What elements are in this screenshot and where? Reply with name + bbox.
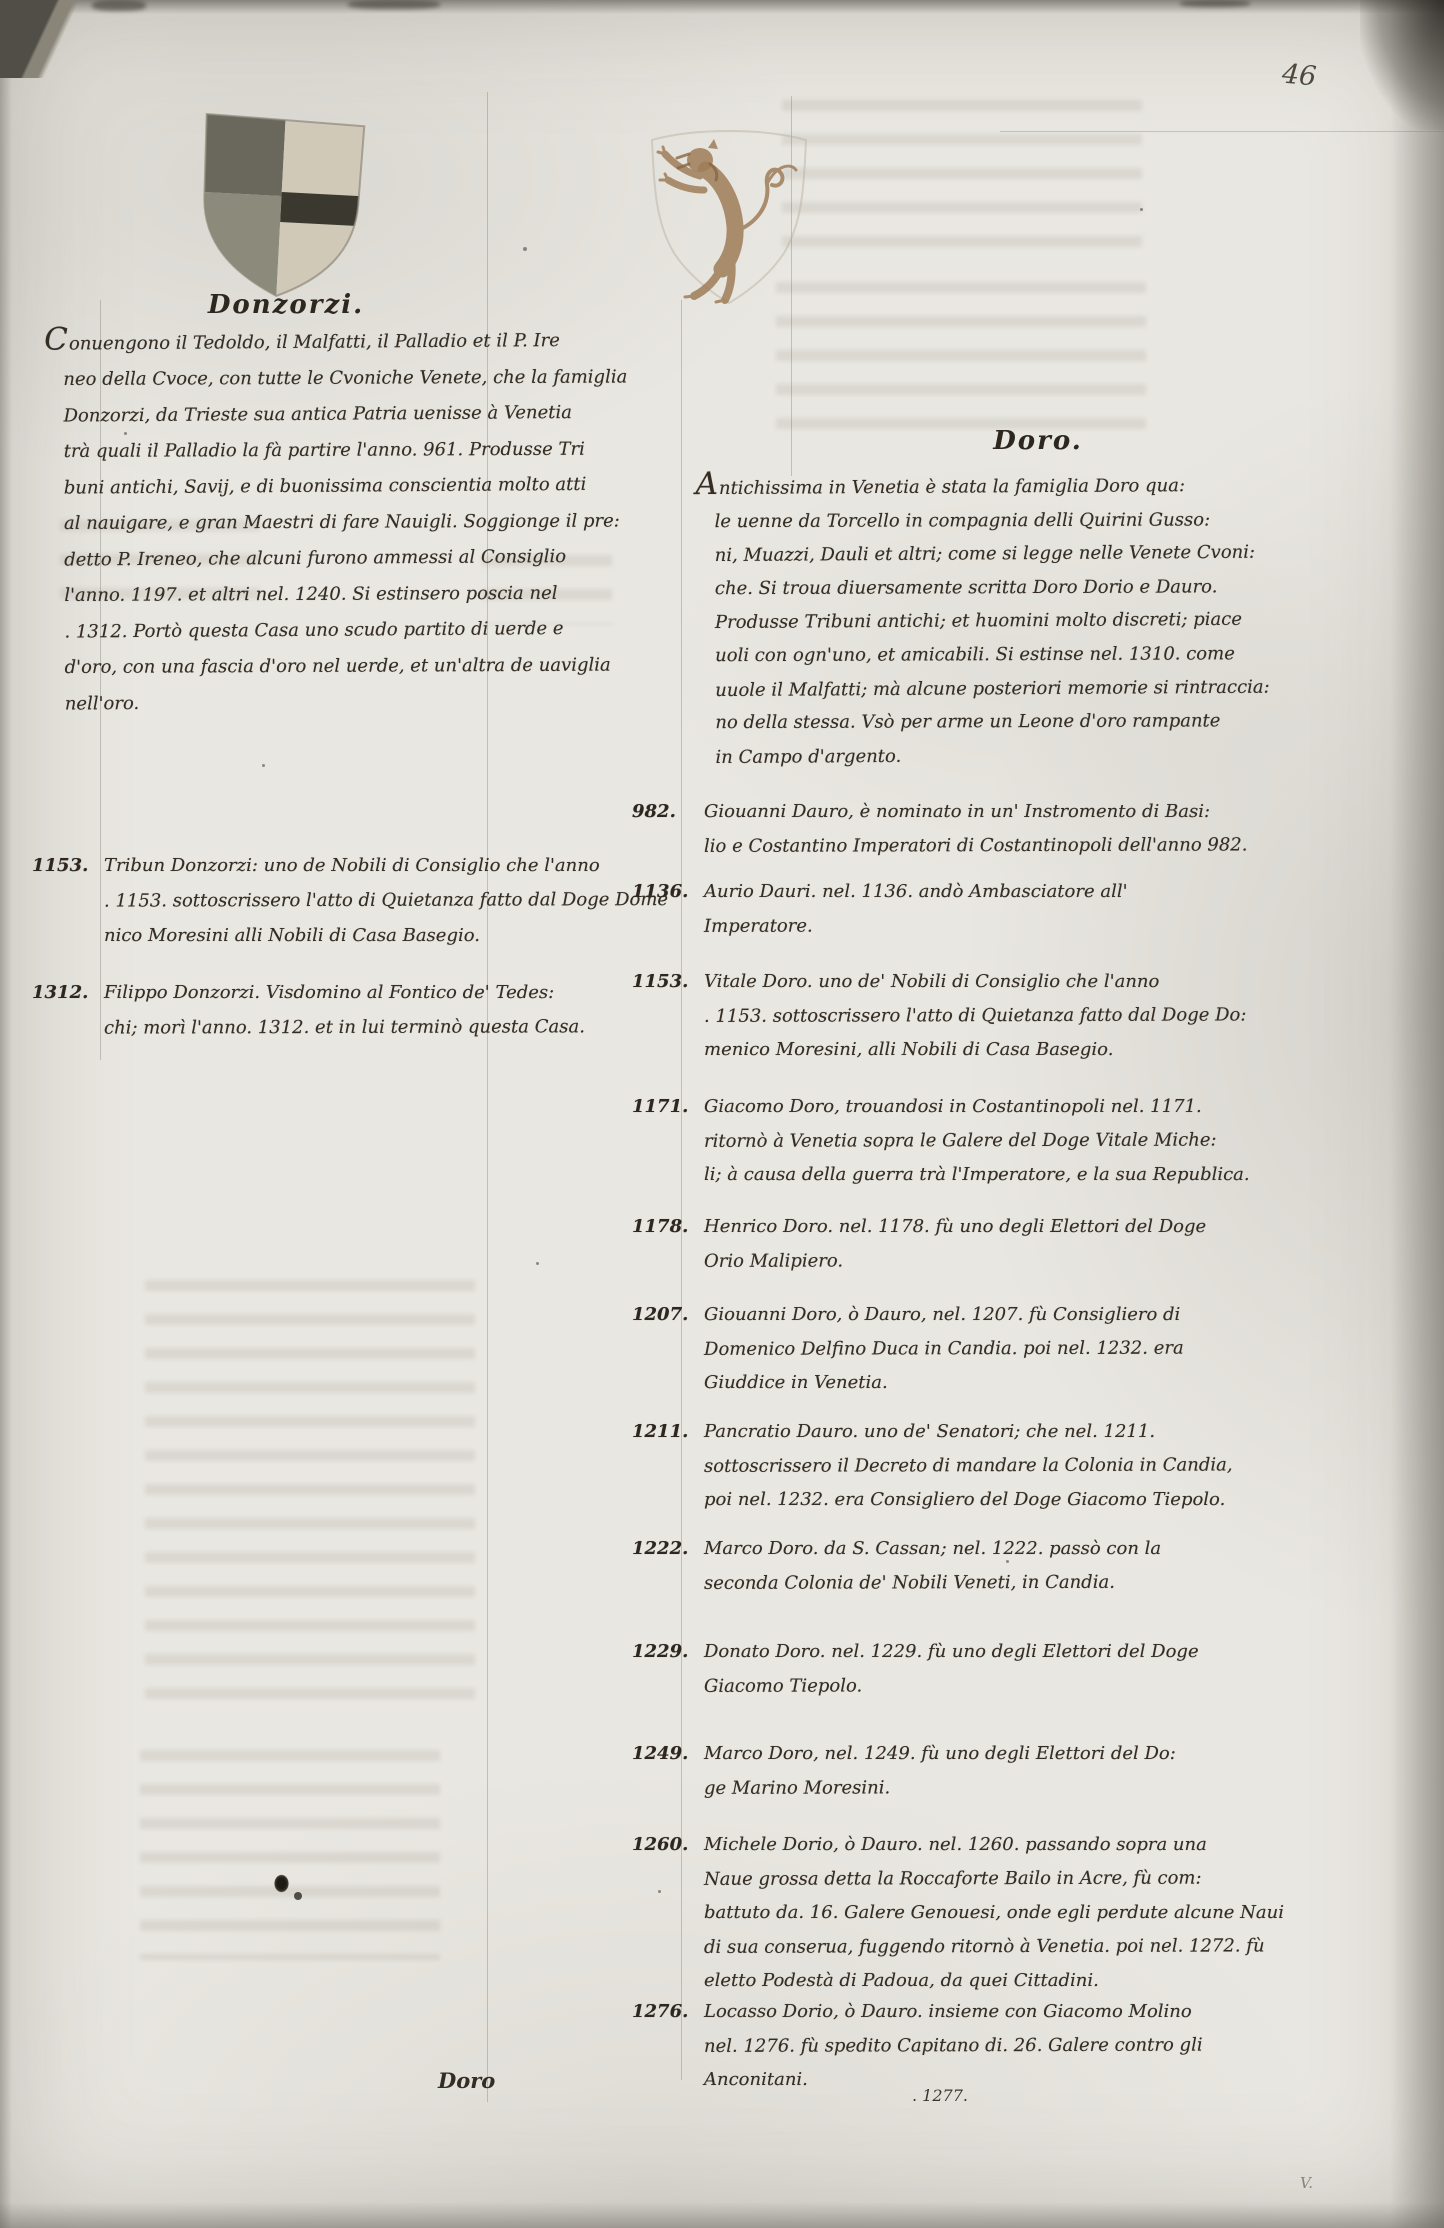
entry-year: 1211. bbox=[632, 1415, 698, 1449]
text-line: Imperatore. bbox=[704, 908, 1374, 944]
ink-bleedthrough bbox=[782, 100, 1142, 260]
corner-mark: V. bbox=[1300, 2174, 1313, 2192]
register-entry-1178: 1178.Henrico Doro. nel. 1178. fù uno deg… bbox=[704, 1210, 1374, 1278]
register-entry-1211: 1211.Pancratio Dauro. uno de' Senatori; … bbox=[704, 1415, 1374, 1517]
text-line: Locasso Dorio, ò Dauro. insieme con Giac… bbox=[704, 1995, 1374, 2029]
ink-bleedthrough bbox=[140, 1750, 440, 1960]
entry-year: 1207. bbox=[632, 1298, 698, 1332]
text-line: sottoscrissero il Decreto di mandare la … bbox=[704, 1448, 1374, 1484]
entry-year: 1136. bbox=[632, 875, 698, 909]
entry-year: 1312. bbox=[32, 975, 98, 1010]
left-column-heading: Donzorzi. bbox=[196, 290, 376, 320]
page-edge-bottom bbox=[0, 2202, 1444, 2228]
page-edge-left bbox=[0, 0, 12, 2228]
text-line: poi nel. 1232. era Consigliero del Doge … bbox=[704, 1483, 1374, 1517]
ink-bleedthrough bbox=[145, 1280, 475, 1700]
text-line: ritornò à Venetia sopra le Galere del Do… bbox=[704, 1123, 1374, 1159]
ink-blot bbox=[294, 1892, 302, 1900]
text-line: l'anno. 1197. et altri nel. 1240. Si est… bbox=[64, 576, 504, 614]
text-line: no della stessa. Vsò per arme un Leone d… bbox=[715, 704, 1375, 740]
text-line: . 1312. Portò questa Casa uno scudo part… bbox=[64, 611, 504, 650]
text-line: Henrico Doro. nel. 1178. fù uno degli El… bbox=[704, 1210, 1374, 1244]
register-entry-1207: 1207.Giouanni Doro, ò Dauro, nel. 1207. … bbox=[704, 1298, 1374, 1400]
entry-year: 1153. bbox=[632, 965, 698, 999]
text-line: di sua conserua, fuggendo ritornò à Vene… bbox=[704, 1929, 1374, 1965]
register-entry-1312: 1312.Filippo Donzorzi. Visdomino al Font… bbox=[104, 975, 534, 1045]
text-line: ge Marino Moresini. bbox=[704, 1770, 1374, 1806]
left-column-intro: Conuengono il Tedoldo, il Malfatti, il P… bbox=[63, 319, 505, 722]
edge-smudge bbox=[92, 0, 146, 11]
edge-smudge bbox=[1180, 0, 1250, 7]
text-line: uuole il Malfatti; mà alcune posteriori … bbox=[715, 670, 1375, 708]
manuscript-page: 46 bbox=[0, 0, 1444, 2228]
edge-smudge bbox=[348, 0, 440, 9]
text-line: menico Moresini, alli Nobili di Casa Bas… bbox=[704, 1033, 1374, 1067]
text-line: Filippo Donzorzi. Visdomino al Fontico d… bbox=[104, 975, 534, 1010]
register-entry-1229: 1229.Donato Doro. nel. 1229. fù uno degl… bbox=[704, 1635, 1374, 1703]
fold-crease bbox=[681, 300, 682, 2080]
doro-rampant-lion-icon bbox=[628, 128, 828, 313]
text-line: detto P. Ireneo, che alcuni furono ammes… bbox=[64, 539, 504, 578]
text-line: . 1153. sottoscrissero l'atto di Quietan… bbox=[104, 882, 534, 918]
text-line: Marco Doro. da S. Cassan; nel. 1222. pas… bbox=[704, 1532, 1374, 1566]
text-line: Giouanni Doro, ò Dauro, nel. 1207. fù Co… bbox=[704, 1298, 1374, 1332]
register-entry-1222: 1222.Marco Doro. da S. Cassan; nel. 1222… bbox=[704, 1532, 1374, 1600]
text-line: Antichissima in Venetia è stata la famig… bbox=[714, 464, 1374, 506]
donzorzi-shield-coat-of-arms-icon bbox=[187, 105, 375, 306]
text-line: li; à causa della guerra trà l'Imperator… bbox=[704, 1158, 1374, 1192]
text-line: Anconitani. bbox=[704, 2063, 1374, 2097]
entry-year: 1276. bbox=[632, 1995, 698, 2029]
register-entry-1276: 1276.Locasso Dorio, ò Dauro. insieme con… bbox=[704, 1995, 1374, 2097]
text-line: Donato Doro. nel. 1229. fù uno degli Ele… bbox=[704, 1635, 1374, 1669]
text-line: uoli con ogn'uno, et amicabili. Si estin… bbox=[715, 637, 1375, 673]
ink-bleedthrough bbox=[776, 282, 1146, 432]
register-entry-1171: 1171.Giacomo Doro, trouandosi in Costant… bbox=[704, 1090, 1374, 1192]
register-entry-982: 982.Giouanni Dauro, è nominato in un' In… bbox=[704, 795, 1374, 863]
right-column-intro: Antichissima in Venetia è stata la famig… bbox=[714, 465, 1375, 774]
text-line: Conuengono il Tedoldo, il Malfatti, il P… bbox=[63, 318, 503, 362]
continuation-year: . 1277. bbox=[912, 2086, 968, 2105]
register-entry-1136: 1136.Aurio Dauri. nel. 1136. andò Ambasc… bbox=[704, 875, 1374, 943]
text-line: eletto Podestà di Padoua, da quei Cittad… bbox=[704, 1964, 1374, 1998]
text-line: le uenne da Torcello in compagnia delli … bbox=[715, 502, 1375, 538]
torn-corner-top-left bbox=[0, 0, 130, 78]
text-line: buni antichi, Savij, e di buonissima con… bbox=[64, 467, 504, 506]
catchword: Doro bbox=[438, 2068, 495, 2093]
text-line: Tribun Donzorzi: uno de Nobili di Consig… bbox=[104, 848, 534, 883]
folio-number: 46 bbox=[1281, 59, 1318, 93]
ink-speck bbox=[658, 1890, 661, 1893]
entry-year: 1222. bbox=[632, 1532, 698, 1566]
text-line: nico Moresini alli Nobili di Casa Basegi… bbox=[104, 918, 534, 953]
text-line: al nauigare, e gran Maestri di fare Naui… bbox=[64, 504, 504, 542]
entry-year: 1171. bbox=[632, 1090, 698, 1124]
text-line: trà quali il Palladio la fà partire l'an… bbox=[64, 432, 504, 470]
text-line: Donzorzi, da Trieste sua antica Patria u… bbox=[63, 395, 503, 434]
register-entry-1249: 1249.Marco Doro, nel. 1249. fù uno degli… bbox=[704, 1737, 1374, 1805]
text-line: lio e Costantino Imperatori di Costantin… bbox=[704, 828, 1374, 864]
text-line: chi; morì l'anno. 1312. et in lui termin… bbox=[104, 1009, 534, 1045]
entry-year: 1260. bbox=[632, 1828, 698, 1862]
shadow-corner-top-right bbox=[1360, 0, 1444, 130]
text-line: . 1153. sottoscrissero l'atto di Quietan… bbox=[704, 998, 1374, 1034]
text-line: neo della Cvoce, con tutte le Cvoniche V… bbox=[63, 360, 503, 398]
text-line: Vitale Doro. uno de' Nobili di Consiglio… bbox=[704, 965, 1374, 999]
text-line: Aurio Dauri. nel. 1136. andò Ambasciator… bbox=[704, 875, 1374, 909]
text-line: Michele Dorio, ò Dauro. nel. 1260. passa… bbox=[704, 1828, 1374, 1862]
ink-speck bbox=[523, 247, 527, 251]
text-line: nel. 1276. fù spedito Capitano di. 26. G… bbox=[704, 2028, 1374, 2064]
text-line: Giuddice in Venetia. bbox=[704, 1366, 1374, 1400]
text-line: nell'oro. bbox=[65, 683, 505, 722]
entry-year: 1229. bbox=[632, 1635, 698, 1669]
entry-year: 1249. bbox=[632, 1737, 698, 1771]
text-line: in Campo d'argento. bbox=[715, 737, 1375, 775]
text-line: battuto da. 16. Galere Genouesi, onde eg… bbox=[704, 1896, 1374, 1930]
entry-year: 982. bbox=[632, 795, 698, 829]
text-line: Produsse Tribuni antichi; et huomini mol… bbox=[715, 602, 1375, 640]
page-edge-right bbox=[1390, 0, 1444, 2228]
text-line: Giouanni Dauro, è nominato in un' Instro… bbox=[704, 795, 1374, 829]
register-entry-1260: 1260.Michele Dorio, ò Dauro. nel. 1260. … bbox=[704, 1828, 1374, 1998]
register-entry-1153: 1153.Vitale Doro. uno de' Nobili di Cons… bbox=[704, 965, 1374, 1067]
ink-speck bbox=[262, 764, 265, 767]
text-line: seconda Colonia de' Nobili Veneti, in Ca… bbox=[704, 1565, 1374, 1601]
text-line: Domenico Delfino Duca in Candia. poi nel… bbox=[704, 1331, 1374, 1367]
text-line: Pancratio Dauro. uno de' Senatori; che n… bbox=[704, 1415, 1374, 1449]
text-line: ni, Muazzi, Dauli et altri; come si legg… bbox=[715, 535, 1375, 573]
ink-speck bbox=[1140, 208, 1143, 211]
text-line: che. Si troua diuersamente scritta Doro … bbox=[715, 570, 1375, 606]
text-line: Orio Malipiero. bbox=[704, 1243, 1374, 1279]
entry-year: 1153. bbox=[32, 848, 98, 883]
register-entry-1153: 1153.Tribun Donzorzi: uno de Nobili di C… bbox=[104, 848, 534, 953]
text-line: Naue grossa detta la Roccaforte Bailo in… bbox=[704, 1861, 1374, 1897]
text-line: Giacomo Doro, trouandosi in Costantinopo… bbox=[704, 1090, 1374, 1124]
right-column-heading: Doro. bbox=[948, 426, 1128, 456]
entry-year: 1178. bbox=[632, 1210, 698, 1244]
text-line: d'oro, con una fascia d'oro nel uerde, e… bbox=[65, 648, 505, 686]
text-line: Giacomo Tiepolo. bbox=[704, 1668, 1374, 1704]
ink-speck bbox=[536, 1262, 539, 1265]
text-line: Marco Doro, nel. 1249. fù uno degli Elet… bbox=[704, 1737, 1374, 1771]
